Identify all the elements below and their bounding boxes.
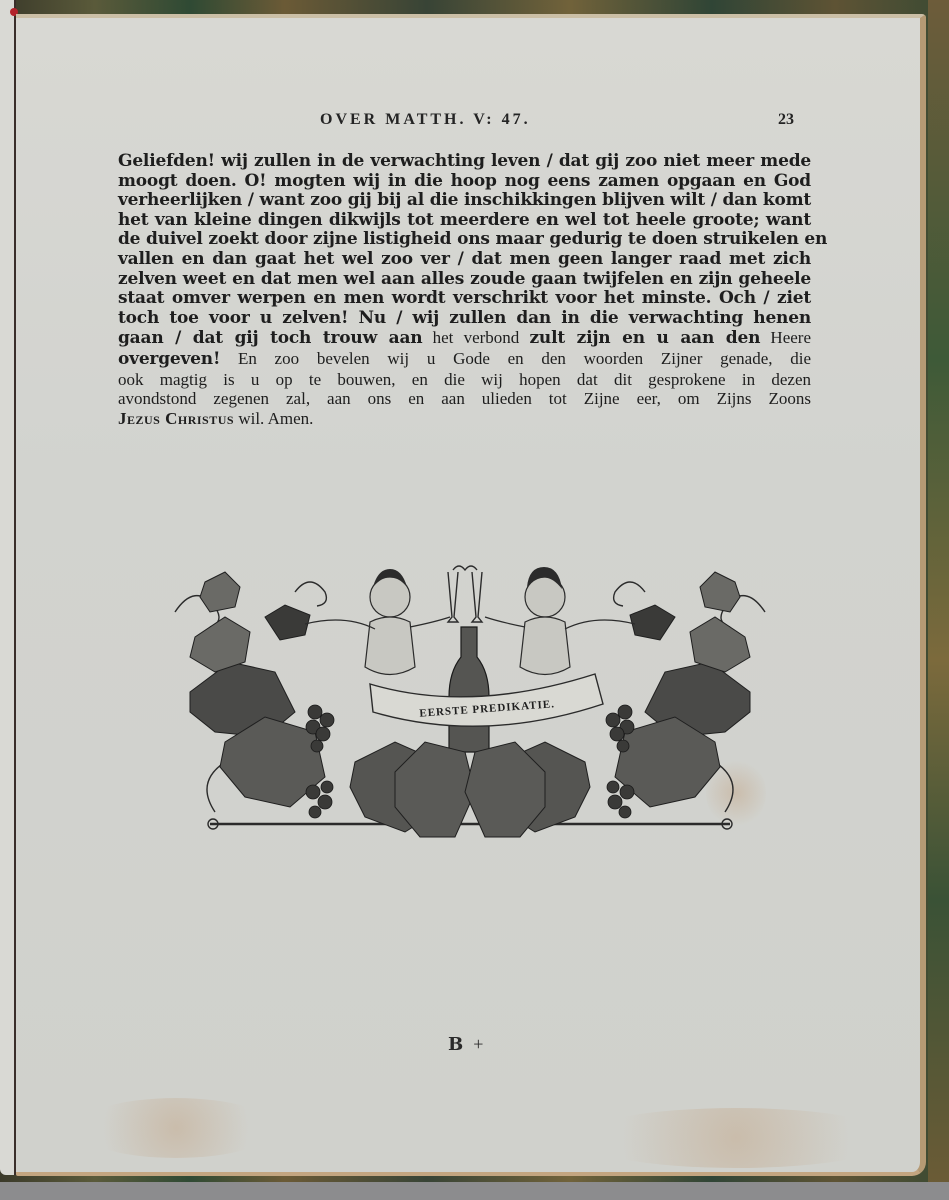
text-segment: zult zijn en u aan den (529, 328, 760, 348)
text-segment: Jezus Christus (118, 409, 234, 428)
text-line: vallen en dan gaat het wel zoo ver / dat… (118, 250, 811, 270)
background-surface (0, 1182, 949, 1200)
text-segment: het verbond (422, 328, 529, 347)
text-line: staat omver werpen en men wordt verschri… (118, 289, 811, 309)
engraved-vignette: EERSTE PREDIKATIE. (165, 562, 775, 847)
text-segment: overgeven! (118, 349, 220, 369)
foxing-stain (76, 1098, 276, 1158)
facing-page-edge (0, 0, 16, 1175)
signature-letter: B (448, 1034, 463, 1055)
text-line: toch toe voor u zelven! Nu / wij zullen … (118, 309, 811, 329)
text-line: verheerlijken / want zoo gij bij al die … (118, 191, 811, 211)
printer-signature-mark: B+ (448, 1034, 483, 1055)
text-line: het van kleine dingen dikwijls tot meerd… (118, 211, 811, 231)
running-head: OVER MATTH. V: 47. (320, 111, 531, 129)
text-line: zelven weet en dat men wel aan alles zou… (118, 270, 811, 290)
text-line: gaan / dat gij toch trouw aan het verbon… (118, 328, 811, 349)
text-line: overgeven! En zoo bevelen wij u Gode en … (118, 349, 811, 370)
signature-plus: + (473, 1034, 483, 1054)
body-text: Geliefden! wij zullen in de verwachting … (118, 152, 811, 428)
text-line: Jezus Christus wil. Amen. (118, 409, 811, 429)
page-number: 23 (778, 111, 794, 129)
text-line: ook magtig is u op te bouwen, en die wij… (118, 370, 811, 390)
text-line: Geliefden! wij zullen in de verwachting … (118, 152, 811, 172)
book-cover-right-edge (928, 0, 949, 1200)
vine-ornament-icon: EERSTE PREDIKATIE. (165, 562, 775, 847)
foxing-stain (576, 1108, 896, 1168)
text-segment: gaan / dat gij toch trouw aan (118, 328, 422, 348)
text-segment: En zoo bevelen wij u Gode en den woorden… (220, 349, 811, 368)
text-segment: Heere (760, 328, 811, 347)
text-line: de duivel zoekt door zijne listigheid on… (118, 230, 811, 250)
text-line: moogt doen. O! mogten wij in die hoop no… (118, 172, 811, 192)
text-segment: wil. Amen. (234, 409, 313, 428)
text-line: avondstond zegenen zal, aan ons en aan u… (118, 389, 811, 409)
